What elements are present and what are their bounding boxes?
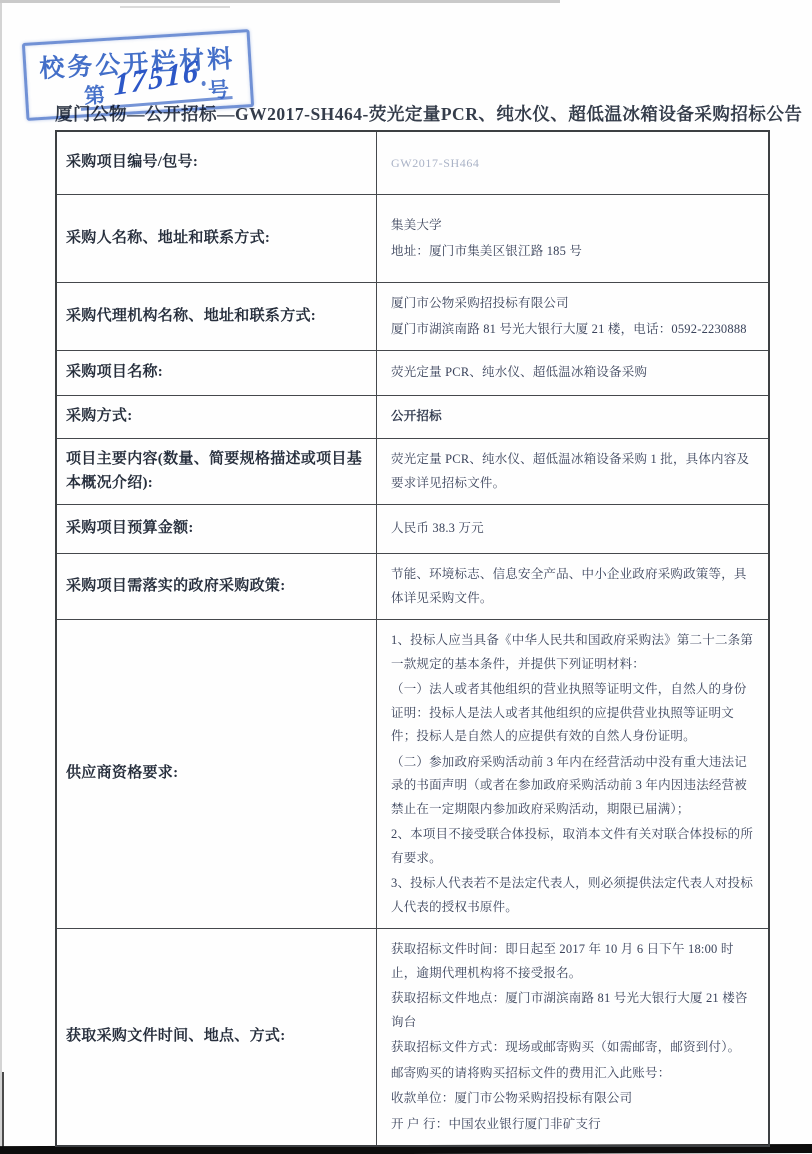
row-label: 供应商资格要求:	[57, 620, 377, 928]
row-value: 获取招标文件时间：即日起至 2017 年 10 月 6 日下午 18:00 时止…	[377, 929, 768, 1145]
row-value-line: 开 户 行：中国农业银行厦门非矿支行	[391, 1113, 756, 1137]
scanned-document-page: 厦门公物—公开招标—GW2017-SH464-荧光定量PCR、纯水仪、超低温冰箱…	[0, 0, 812, 1154]
row-value: 荧光定量 PCR、纯水仪、超低温冰箱设备采购	[377, 351, 768, 395]
table-row: 采购项目名称:荧光定量 PCR、纯水仪、超低温冰箱设备采购	[57, 350, 768, 395]
row-label: 采购代理机构名称、地址和联系方式:	[57, 283, 377, 350]
row-value-line: GW2017-SH464	[391, 152, 756, 175]
table-row: 采购项目预算金额:人民币 38.3 万元	[57, 504, 768, 553]
row-label: 获取采购文件时间、地点、方式:	[57, 929, 377, 1145]
table-row: 项目主要内容(数量、简要规格描述或项目基本概况介绍):荧光定量 PCR、纯水仪、…	[57, 438, 768, 504]
row-value-line: 荧光定量 PCR、纯水仪、超低温冰箱设备采购 1 批，具体内容及要求详见招标文件…	[391, 448, 756, 495]
row-value: 荧光定量 PCR、纯水仪、超低温冰箱设备采购 1 批，具体内容及要求详见招标文件…	[377, 439, 768, 504]
row-value-line: 地址：厦门市集美区银江路 185 号	[391, 240, 756, 264]
row-value-line: 邮寄购买的请将购买招标文件的费用汇入此账号：	[391, 1062, 756, 1086]
row-value-line: （二）参加政府采购活动前 3 年内在经营活动中没有重大违法记录的书面声明（或者在…	[391, 751, 756, 822]
row-value-line: 获取招标文件方式：现场或邮寄购买（如需邮寄，邮资到付）。	[391, 1036, 756, 1060]
row-value-line: 厦门市湖滨南路 81 号光大银行大厦 21 楼，电话：0592-2230888	[391, 318, 756, 342]
row-label: 采购项目编号/包号:	[57, 132, 377, 194]
row-value: 人民币 38.3 万元	[377, 505, 768, 553]
row-value-line: 收款单位：厦门市公物采购招投标有限公司	[391, 1087, 756, 1111]
table-row: 采购代理机构名称、地址和联系方式:厦门市公物采购招投标有限公司厦门市湖滨南路 8…	[57, 282, 768, 350]
official-stamp: 校务公开栏材料 第 17516 号	[22, 29, 254, 121]
scan-edge-left	[0, 0, 2, 1154]
row-value: 厦门市公物采购招投标有限公司厦门市湖滨南路 81 号光大银行大厦 21 楼，电话…	[377, 283, 768, 350]
scan-edge-left-dark	[2, 1072, 4, 1152]
row-label: 采购项目需落实的政府采购政策:	[57, 554, 377, 619]
row-value: 1、投标人应当具备《中华人民共和国政府采购法》第二十二条第一款规定的基本条件，并…	[377, 620, 768, 928]
row-value: 集美大学地址：厦门市集美区银江路 185 号	[377, 195, 768, 282]
table-row: 采购项目编号/包号:GW2017-SH464	[57, 132, 768, 194]
row-value: 公开招标	[377, 396, 768, 438]
row-label: 采购方式:	[57, 396, 377, 438]
row-value-line: 3、投标人代表若不是法定代表人，则必须提供法定代表人对投标人代表的授权书原件。	[391, 872, 756, 919]
table-row: 采购方式:公开招标	[57, 395, 768, 438]
row-value-line: 获取招标文件地点：厦门市湖滨南路 81 号光大银行大厦 21 楼咨询台	[391, 987, 756, 1034]
row-label: 项目主要内容(数量、简要规格描述或项目基本概况介绍):	[57, 439, 377, 504]
stamp-ink-dot	[201, 81, 205, 86]
announcement-table: 采购项目编号/包号:GW2017-SH464采购人名称、地址和联系方式:集美大学…	[55, 130, 770, 1147]
table-row: 采购人名称、地址和联系方式:集美大学地址：厦门市集美区银江路 185 号	[57, 194, 768, 282]
row-value-line: 节能、环境标志、信息安全产品、中小企业政府采购政策等，具体详见采购文件。	[391, 563, 756, 610]
table-row: 采购项目需落实的政府采购政策:节能、环境标志、信息安全产品、中小企业政府采购政策…	[57, 553, 768, 619]
row-label: 采购人名称、地址和联系方式:	[57, 195, 377, 282]
row-value-line: 2、本项目不接受联合体投标，取消本文件有关对联合体投标的所有要求。	[391, 823, 756, 870]
row-value-line: （一）法人或者其他组织的营业执照等证明文件，自然人的身份证明：投标人是法人或者其…	[391, 678, 756, 749]
row-value-line: 荧光定量 PCR、纯水仪、超低温冰箱设备采购	[391, 361, 756, 385]
table-row: 获取采购文件时间、地点、方式:获取招标文件时间：即日起至 2017 年 10 月…	[57, 928, 768, 1145]
row-value-line: 获取招标文件时间：即日起至 2017 年 10 月 6 日下午 18:00 时止…	[391, 938, 756, 985]
row-value: GW2017-SH464	[377, 132, 768, 194]
stamp-blank-suffix: 号	[207, 73, 230, 104]
row-value-line: 人民币 38.3 万元	[391, 517, 756, 541]
row-value-line: 集美大学	[391, 214, 756, 238]
row-label: 采购项目名称:	[57, 351, 377, 395]
scan-edge-top	[0, 0, 560, 3]
table-row: 供应商资格要求:1、投标人应当具备《中华人民共和国政府采购法》第二十二条第一款规…	[57, 619, 768, 928]
row-label: 采购项目预算金额:	[57, 505, 377, 553]
row-value-line: 1、投标人应当具备《中华人民共和国政府采购法》第二十二条第一款规定的基本条件，并…	[391, 629, 756, 676]
scan-edge-top-mark	[120, 6, 230, 8]
row-value-line: 厦门市公物采购招投标有限公司	[391, 292, 756, 316]
row-value-line: 公开招标	[391, 405, 756, 429]
row-value: 节能、环境标志、信息安全产品、中小企业政府采购政策等，具体详见采购文件。	[377, 554, 768, 619]
